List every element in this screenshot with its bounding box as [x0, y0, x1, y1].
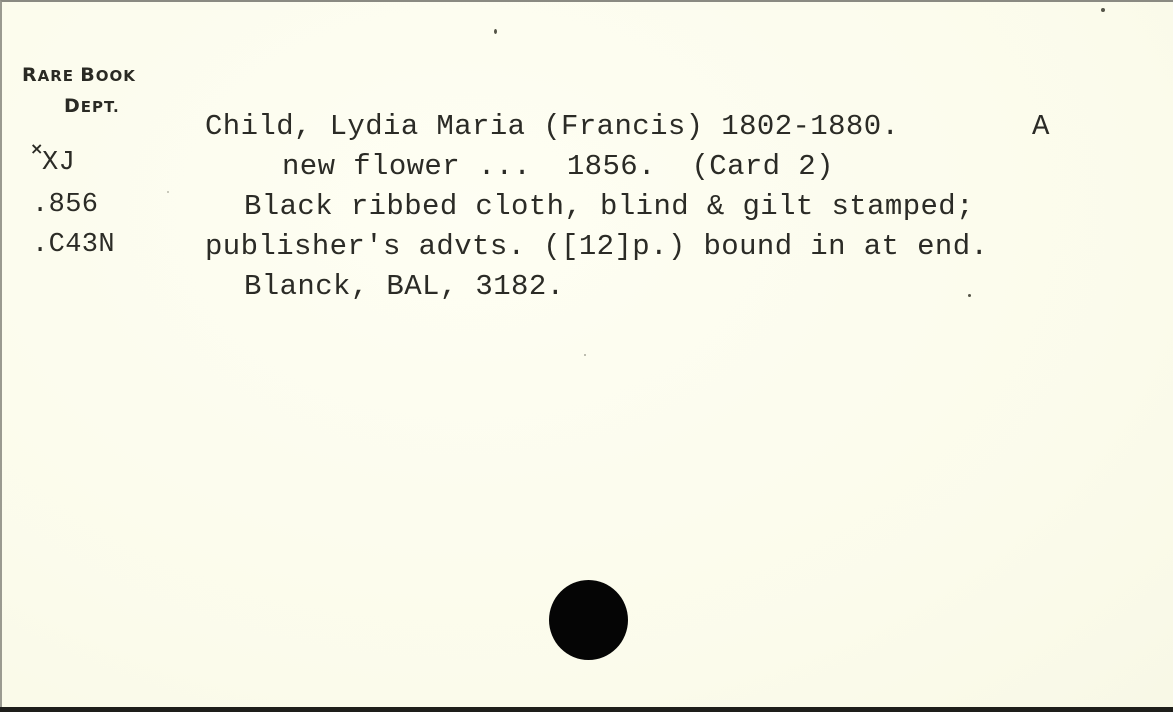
speck [494, 29, 497, 34]
entry-title-line: new flower ... 1856. (Card 2) [282, 152, 834, 181]
punch-hole [549, 580, 628, 660]
department-stamp-line-1: RARE BOOK [22, 66, 136, 85]
call-number-line-2: .856 [32, 192, 98, 219]
speck [167, 191, 169, 193]
stamp-initial: D [64, 95, 81, 117]
entry-title-start: A [1032, 112, 1050, 141]
card-bottom-edge [0, 707, 1173, 712]
stamp-text: OOK [96, 67, 136, 85]
entry-heading: Child, Lydia Maria (Francis) 1802-1880. [205, 112, 899, 141]
speck [1101, 8, 1105, 12]
speck [968, 294, 971, 297]
entry-bibliographic-reference: Blanck, BAL, 3182. [244, 272, 564, 301]
entry-binding-note-1: Black ribbed cloth, blind & gilt stamped… [244, 192, 974, 221]
department-stamp-line-2: DEPT. [64, 97, 120, 116]
catalog-card: RARE BOOK DEPT. × XJ .856 .C43N Child, L… [0, 0, 1173, 707]
stamp-text: EPT. [81, 98, 120, 116]
call-number-line-3: .C43N [32, 232, 115, 259]
entry-binding-note-2: publisher's advts. ([12]p.) bound in at … [205, 232, 988, 261]
stamp-initial: B [80, 64, 95, 86]
stamp-initial: R [22, 64, 38, 86]
call-number-line-1: XJ [42, 150, 75, 177]
speck [584, 354, 586, 356]
stamp-text: ARE [38, 67, 74, 85]
